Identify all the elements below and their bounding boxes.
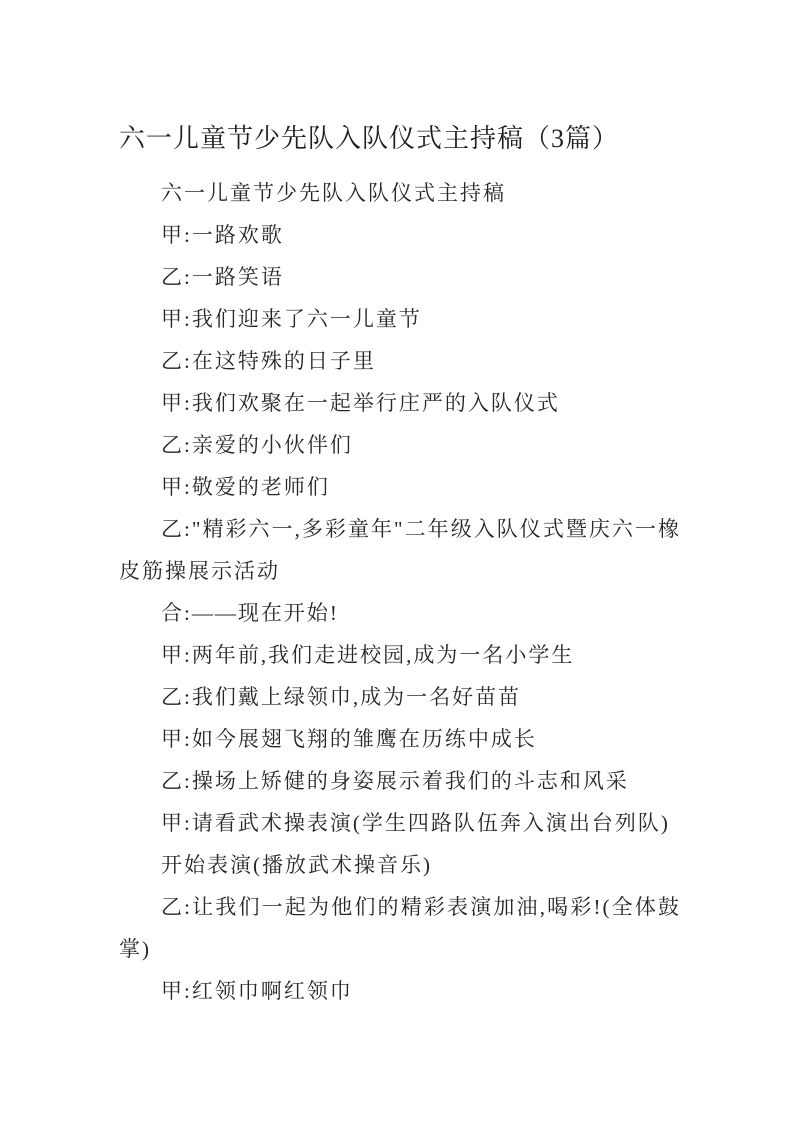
paragraph: 甲:两年前,我们走进校园,成为一名小学生 <box>119 634 681 676</box>
paragraph: 开始表演(播放武术操音乐) <box>119 844 681 886</box>
paragraph: 乙:在这特殊的日子里 <box>119 340 681 382</box>
paragraph: 甲:我们欢聚在一起举行庄严的入队仪式 <box>119 382 681 424</box>
paragraph: 甲:敬爱的老师们 <box>119 466 681 508</box>
paragraph: 合:——现在开始! <box>119 592 681 634</box>
paragraph: 乙:操场上矫健的身姿展示着我们的斗志和风采 <box>119 760 681 802</box>
paragraph: 甲:如今展翅飞翔的雏鹰在历练中成长 <box>119 718 681 760</box>
paragraph: 甲:红领巾啊红领巾 <box>119 970 681 1012</box>
document-title: 六一儿童节少先队入队仪式主持稿（3篇） <box>119 120 681 158</box>
document-content: 六一儿童节少先队入队仪式主持稿（3篇） 六一儿童节少先队入队仪式主持稿甲:一路欢… <box>0 0 793 1012</box>
paragraph: 六一儿童节少先队入队仪式主持稿 <box>119 172 681 214</box>
paragraph: 乙:一路笑语 <box>119 256 681 298</box>
paragraph: 甲:请看武术操表演(学生四路队伍奔入演出台列队) <box>119 802 681 844</box>
document-page: 六一儿童节少先队入队仪式主持稿（3篇） 六一儿童节少先队入队仪式主持稿甲:一路欢… <box>0 0 793 1122</box>
paragraph: 乙:让我们一起为他们的精彩表演加油,喝彩!(全体鼓掌) <box>119 886 681 970</box>
paragraph: 乙:"精彩六一,多彩童年"二年级入队仪式暨庆六一橡皮筋操展示活动 <box>119 508 681 592</box>
paragraph: 乙:亲爱的小伙伴们 <box>119 424 681 466</box>
paragraph: 甲:我们迎来了六一儿童节 <box>119 298 681 340</box>
paragraph: 甲:一路欢歌 <box>119 214 681 256</box>
document-body: 六一儿童节少先队入队仪式主持稿甲:一路欢歌乙:一路笑语甲:我们迎来了六一儿童节乙… <box>119 172 681 1012</box>
paragraph: 乙:我们戴上绿领巾,成为一名好苗苗 <box>119 676 681 718</box>
